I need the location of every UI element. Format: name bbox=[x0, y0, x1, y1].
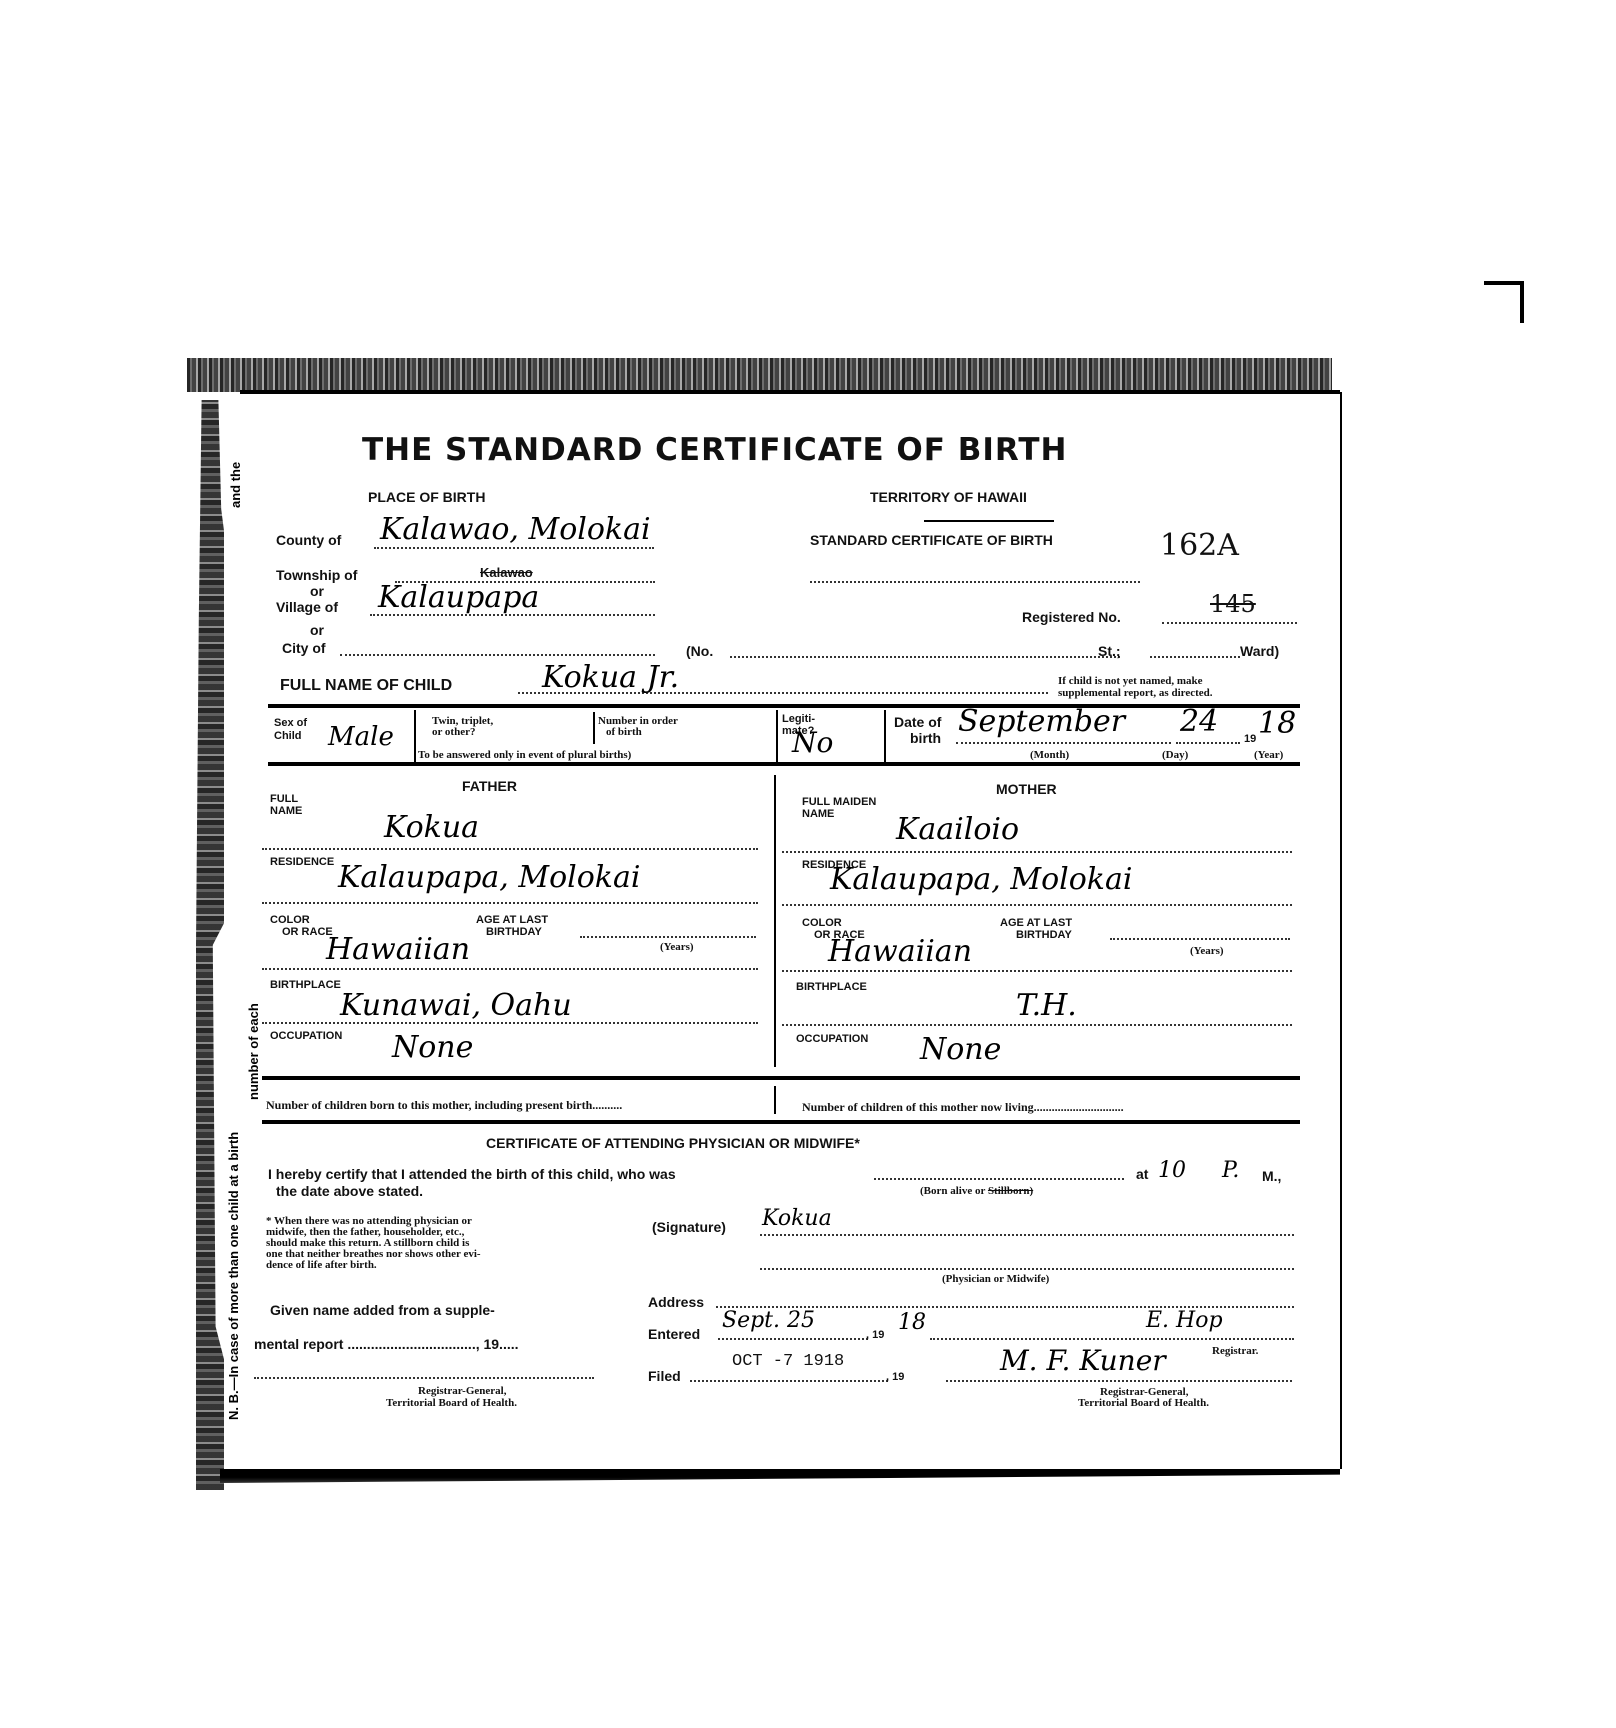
street-line bbox=[730, 656, 1120, 658]
county-value: Kalawao, Molokai bbox=[380, 512, 651, 547]
signature-label: (Signature) bbox=[652, 1219, 726, 1235]
divider bbox=[884, 710, 886, 762]
dob-year: 18 bbox=[1258, 706, 1296, 741]
or-label-2: or bbox=[310, 622, 324, 638]
torn-left-edge bbox=[196, 400, 224, 1490]
entered-year: 18 bbox=[898, 1310, 926, 1335]
filed-line bbox=[690, 1380, 888, 1382]
registrar-general-left-1: Registrar-General, bbox=[418, 1386, 506, 1397]
filed-label: Filed bbox=[648, 1368, 681, 1384]
filed-year-prefix: , 19 bbox=[886, 1372, 904, 1383]
mother-heading: MOTHER bbox=[996, 781, 1057, 797]
physician-caption: (Physician or Midwife) bbox=[942, 1274, 1049, 1285]
dob-label-2: birth bbox=[910, 730, 941, 746]
filed-stamp: OCT -7 1918 bbox=[732, 1352, 844, 1371]
scan-corner-mark bbox=[1484, 281, 1524, 323]
or-label-1: or bbox=[310, 583, 324, 599]
mother-birthplace-label: BIRTHPLACE bbox=[796, 982, 867, 993]
rule-before-physician bbox=[262, 1120, 1300, 1124]
document-title: THE STANDARD CERTIFICATE OF BIRTH bbox=[362, 432, 1067, 468]
father-birthplace-label: BIRTHPLACE bbox=[270, 980, 341, 991]
registrar-general-right-2: Territorial Board of Health. bbox=[1078, 1398, 1209, 1409]
year-caption: (Year) bbox=[1254, 750, 1283, 761]
twin-label-2: or other? bbox=[432, 727, 475, 738]
father-residence: Kalaupapa, Molokai bbox=[338, 860, 640, 895]
entered-year-prefix: , 19 bbox=[866, 1330, 884, 1341]
mother-color-label-1: COLOR bbox=[802, 918, 842, 929]
father-color: Hawaiian bbox=[326, 932, 470, 967]
certify-text-2: the date above stated. bbox=[276, 1183, 423, 1199]
physician-signature: Kokua bbox=[762, 1206, 832, 1231]
registrar-signature: E. Hop bbox=[1146, 1308, 1223, 1333]
father-name-line bbox=[262, 848, 758, 850]
born-alive-line bbox=[874, 1178, 1124, 1180]
bottom-border bbox=[220, 1469, 1340, 1483]
township-value: Kalawao bbox=[480, 565, 533, 580]
sex-label-2: Child bbox=[274, 731, 302, 742]
mother-occupation: None bbox=[920, 1032, 1001, 1067]
street-label: St.; bbox=[1098, 643, 1121, 659]
not-named-note-1: If child is not yet named, make bbox=[1058, 676, 1203, 687]
mother-name-label-1: FULL MAIDEN bbox=[802, 797, 876, 808]
born-alive-text: (Born alive or bbox=[920, 1185, 985, 1197]
mother-name: Kaailoio bbox=[896, 812, 1019, 847]
registrar-caption: Registrar. bbox=[1212, 1346, 1258, 1357]
certify-text-1: I hereby certify that I attended the bir… bbox=[268, 1166, 676, 1182]
at-label: at bbox=[1136, 1166, 1148, 1182]
sex-label-1: Sex of bbox=[274, 718, 307, 729]
children-divider bbox=[774, 1086, 776, 1114]
standard-certificate-label: STANDARD CERTIFICATE OF BIRTH bbox=[810, 532, 1053, 548]
day-caption: (Day) bbox=[1162, 750, 1188, 761]
county-line bbox=[374, 547, 654, 549]
street-no-label: (No. bbox=[686, 643, 713, 659]
divider bbox=[776, 710, 778, 762]
registered-no-line bbox=[1162, 622, 1297, 624]
side-note-top: and the bbox=[228, 462, 243, 508]
mother-color-line bbox=[782, 970, 1292, 972]
side-note-number: number of each bbox=[246, 1003, 261, 1100]
registered-no-label: Registered No. bbox=[1022, 609, 1121, 625]
father-age-label-1: AGE AT LAST bbox=[476, 915, 548, 926]
registrar-general-left-line bbox=[254, 1377, 594, 1379]
father-occupation-label: OCCUPATION bbox=[270, 1031, 342, 1042]
footnote-line-5: dence of life after birth. bbox=[266, 1260, 377, 1271]
father-heading: FATHER bbox=[462, 778, 517, 794]
divider bbox=[414, 710, 416, 762]
township-label: Township of bbox=[276, 567, 357, 583]
entered-date-line bbox=[718, 1338, 868, 1340]
father-birthplace-line bbox=[262, 1022, 758, 1024]
ward-line bbox=[1150, 656, 1240, 658]
divider bbox=[593, 712, 595, 744]
registrar-general-signature: M. F. Kuner bbox=[1000, 1344, 1166, 1377]
registered-no-value: 145 bbox=[1210, 590, 1256, 618]
sex-value: Male bbox=[328, 722, 394, 752]
ward-label: Ward) bbox=[1240, 643, 1279, 659]
certificate-number: 162A bbox=[1160, 528, 1239, 563]
m-label: M., bbox=[1262, 1168, 1281, 1184]
father-color-line bbox=[262, 968, 758, 970]
physician-line-2 bbox=[760, 1268, 1294, 1270]
registrar-general-left-2: Territorial Board of Health. bbox=[386, 1398, 517, 1409]
legitimate-label-1: Legiti- bbox=[782, 714, 815, 725]
dob-label-1: Date of bbox=[894, 714, 941, 730]
father-name-label-2: NAME bbox=[270, 806, 302, 817]
dob-month: September bbox=[958, 704, 1125, 739]
father-name-label-1: FULL bbox=[270, 794, 298, 805]
dob-day-line bbox=[1176, 742, 1240, 744]
dob-month-line bbox=[956, 742, 1171, 744]
mother-birthplace: T.H. bbox=[1016, 988, 1077, 1023]
father-color-label-1: COLOR bbox=[270, 915, 310, 926]
territory-rule bbox=[924, 520, 1054, 522]
mother-birthplace-line bbox=[782, 1024, 1292, 1026]
signature-line bbox=[760, 1234, 1294, 1236]
torn-top-edge bbox=[187, 358, 1332, 392]
full-name-label: FULL NAME OF CHILD bbox=[280, 677, 452, 695]
mother-age-label-1: AGE AT LAST bbox=[1000, 918, 1072, 929]
physician-heading: CERTIFICATE OF ATTENDING PHYSICIAN OR MI… bbox=[486, 1135, 860, 1151]
mother-occupation-label: OCCUPATION bbox=[796, 1034, 868, 1045]
full-name-value: Kokua Jr. bbox=[542, 660, 679, 695]
dob-day: 24 bbox=[1180, 704, 1218, 739]
father-birthplace: Kunawai, Oahu bbox=[340, 988, 572, 1023]
cert-number-line bbox=[810, 581, 1140, 583]
rule-after-parents bbox=[262, 1076, 1300, 1080]
legitimate-value: No bbox=[792, 726, 833, 759]
city-label: City of bbox=[282, 640, 326, 656]
father-years-caption: (Years) bbox=[660, 942, 694, 953]
father-age-line bbox=[580, 936, 756, 938]
rule-after-name bbox=[268, 704, 1300, 708]
mother-age-line bbox=[1110, 938, 1290, 940]
village-value: Kalaupapa bbox=[378, 580, 539, 615]
registrar-line bbox=[930, 1338, 1294, 1340]
side-note-nb: N. B.—In case of more than one child at … bbox=[226, 1132, 241, 1420]
mother-name-label-2: NAME bbox=[802, 809, 834, 820]
mother-residence: Kalaupapa, Molokai bbox=[830, 862, 1132, 897]
birth-time-hour: 10 bbox=[1158, 1158, 1186, 1183]
children-born-label: Number of children born to this mother, … bbox=[266, 1100, 622, 1111]
place-of-birth-heading: PLACE OF BIRTH bbox=[368, 489, 485, 505]
registrar-general-right-line bbox=[946, 1380, 1292, 1382]
mother-years-caption: (Years) bbox=[1190, 946, 1224, 957]
entered-date: Sept. 25 bbox=[722, 1308, 815, 1333]
month-caption: (Month) bbox=[1030, 750, 1069, 761]
mother-residence-line bbox=[782, 904, 1292, 906]
rule-after-dob bbox=[268, 762, 1300, 766]
mother-age-label-2: BIRTHDAY bbox=[1016, 930, 1072, 941]
given-name-label-2: mental report ..........................… bbox=[254, 1336, 519, 1352]
father-residence-line bbox=[262, 902, 758, 904]
address-label: Address bbox=[648, 1294, 704, 1310]
father-name: Kokua bbox=[384, 810, 479, 845]
father-occupation: None bbox=[392, 1030, 473, 1065]
parents-divider bbox=[774, 775, 776, 1067]
children-living-label: Number of children of this mother now li… bbox=[802, 1102, 1124, 1113]
mother-name-line bbox=[782, 851, 1292, 853]
territory-heading: TERRITORY OF HAWAII bbox=[870, 489, 1027, 505]
born-alive-caption: (Born alive or Stillborn) bbox=[920, 1186, 1033, 1197]
order-label-2: of birth bbox=[606, 727, 642, 738]
entered-label: Entered bbox=[648, 1326, 700, 1342]
stillborn-text: Stillborn) bbox=[988, 1185, 1033, 1197]
county-label: County of bbox=[276, 532, 341, 548]
mother-color: Hawaiian bbox=[828, 934, 972, 969]
not-named-note-2: supplemental report, as directed. bbox=[1058, 688, 1213, 699]
dob-year-prefix: 19 bbox=[1244, 734, 1256, 745]
father-age-label-2: BIRTHDAY bbox=[486, 927, 542, 938]
given-name-label-1: Given name added from a supple- bbox=[270, 1302, 495, 1318]
village-label: Village of bbox=[276, 599, 338, 615]
plural-births-note: To be answered only in event of plural b… bbox=[418, 750, 631, 761]
birth-time-ampm: P. bbox=[1222, 1158, 1239, 1183]
city-line bbox=[340, 654, 655, 656]
father-residence-label: RESIDENCE bbox=[270, 857, 334, 868]
